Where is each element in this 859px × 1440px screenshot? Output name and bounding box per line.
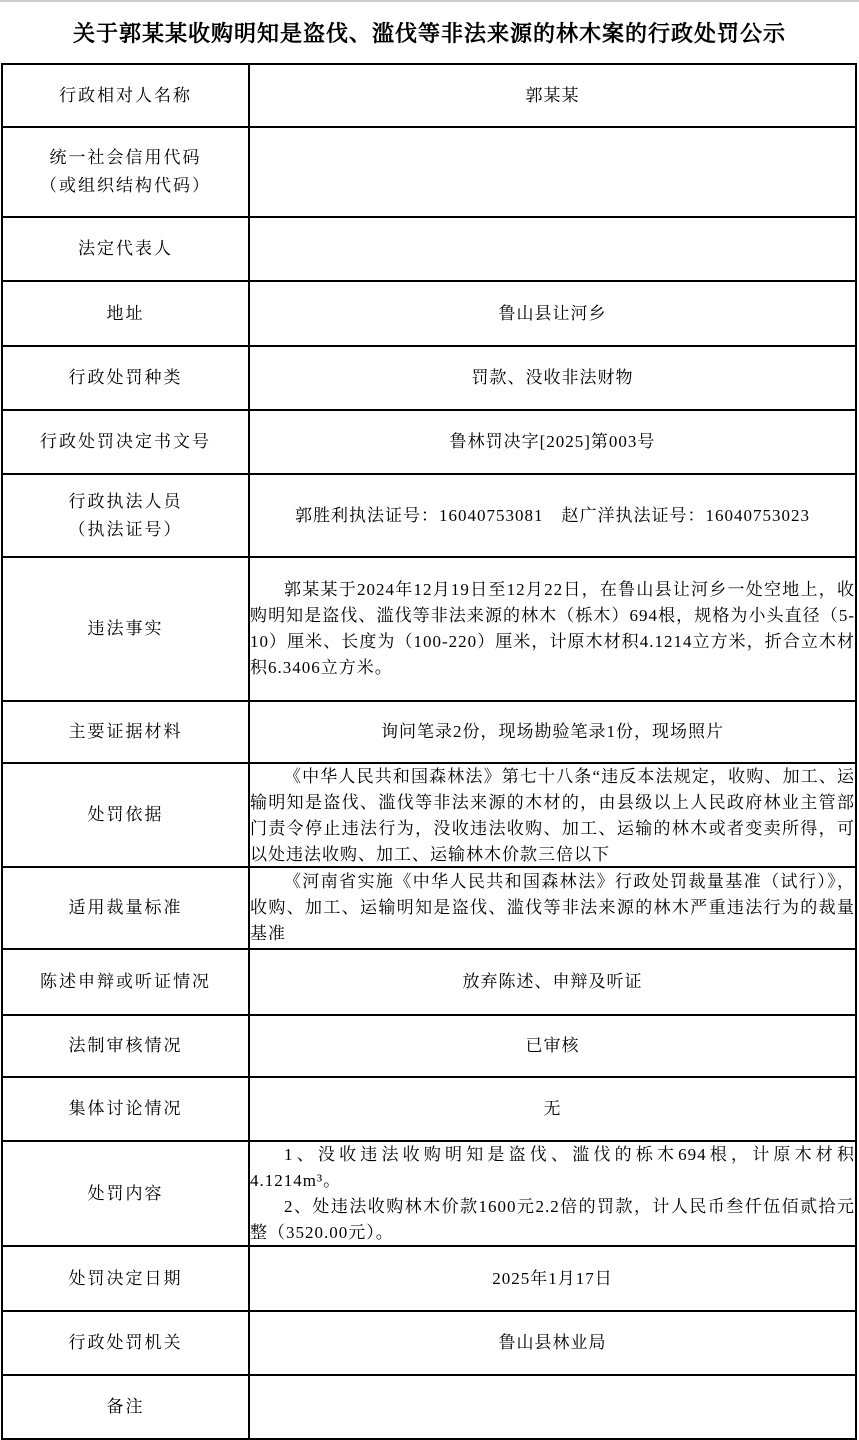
row-value-enforcement-officers: 郭胜利执法证号：16040753081 赵广洋执法证号：16040753023 [249, 474, 856, 557]
table-row-penalty-content: 处罚内容 1、没收违法收购明知是盗伐、滥伐的栎木694根，计原木材积4.1214… [2, 1141, 856, 1246]
row-value-statement-hearing: 放弃陈述、申辩及听证 [249, 949, 856, 1015]
row-value-evidence-materials: 询问笔录2份，现场勘验笔录1份，现场照片 [249, 701, 856, 763]
table-row-penalty-basis: 处罚依据 《中华人民共和国森林法》第七十八条“违反本法规定，收购、加工、运输明知… [2, 763, 856, 867]
row-label-enforcement-officers: 行政执法人员 （执法证号） [2, 474, 249, 557]
table-row-penalty-authority: 行政处罚机关 鲁山县林业局 [2, 1311, 856, 1375]
row-label-decision-date: 处罚决定日期 [2, 1246, 249, 1311]
table-row-collective-discussion: 集体讨论情况 无 [2, 1077, 856, 1141]
table-row-credit-code: 统一社会信用代码 （或组织结构代码） [2, 127, 856, 217]
page-title: 关于郭某某收购明知是盗伐、滥伐等非法来源的林木案的行政处罚公示 [0, 2, 859, 63]
row-label-statement-hearing: 陈述申辩或听证情况 [2, 949, 249, 1015]
table-row-legal-review: 法制审核情况 已审核 [2, 1015, 856, 1077]
table-row-legal-representative: 法定代表人 [2, 217, 856, 281]
table-row-penalty-type: 行政处罚种类 罚款、没收非法财物 [2, 346, 856, 410]
row-value-legal-representative [249, 217, 856, 281]
table-row-enforcement-officers: 行政执法人员 （执法证号） 郭胜利执法证号：16040753081 赵广洋执法证… [2, 474, 856, 557]
row-value-credit-code [249, 127, 856, 217]
table-row-address: 地址 鲁山县让河乡 [2, 281, 856, 346]
row-label-penalty-basis: 处罚依据 [2, 763, 249, 867]
penalty-content-item-1: 1、没收违法收购明知是盗伐、滥伐的栎木694根，计原木材积4.1214m³。 [250, 1142, 855, 1194]
row-value-decision-date: 2025年1月17日 [249, 1246, 856, 1311]
row-value-penalty-basis: 《中华人民共和国森林法》第七十八条“违反本法规定，收购、加工、运输明知是盗伐、滥… [249, 763, 856, 867]
row-label-evidence-materials: 主要证据材料 [2, 701, 249, 763]
row-value-remarks [249, 1375, 856, 1439]
table-row-illegal-facts: 违法事实 郭某某于2024年12月19日至12月22日，在鲁山县让河乡一处空地上… [2, 557, 856, 701]
table-row-respondent-name: 行政相对人名称 郭某某 [2, 64, 856, 127]
row-label-penalty-type: 行政处罚种类 [2, 346, 249, 410]
row-label-respondent-name: 行政相对人名称 [2, 64, 249, 127]
row-label-credit-code: 统一社会信用代码 （或组织结构代码） [2, 127, 249, 217]
row-label-address: 地址 [2, 281, 249, 346]
table-row-statement-hearing: 陈述申辩或听证情况 放弃陈述、申辩及听证 [2, 949, 856, 1015]
row-label-collective-discussion: 集体讨论情况 [2, 1077, 249, 1141]
row-value-discretion-standard: 《河南省实施《中华人民共和国森林法》行政处罚裁量基准（试行）》，收购、加工、运输… [249, 867, 856, 949]
table-row-decision-doc-number: 行政处罚决定书文号 鲁林罚决字[2025]第003号 [2, 410, 856, 474]
discretion-standard-text: 《河南省实施《中华人民共和国森林法》行政处罚裁量基准（试行）》，收购、加工、运输… [250, 869, 855, 947]
row-label-legal-representative: 法定代表人 [2, 217, 249, 281]
row-value-decision-doc-number: 鲁林罚决字[2025]第003号 [249, 410, 856, 474]
row-value-penalty-content: 1、没收违法收购明知是盗伐、滥伐的栎木694根，计原木材积4.1214m³。 2… [249, 1141, 856, 1246]
table-row-evidence-materials: 主要证据材料 询问笔录2份，现场勘验笔录1份，现场照片 [2, 701, 856, 763]
penalty-table: 行政相对人名称 郭某某 统一社会信用代码 （或组织结构代码） 法定代表人 地址 … [1, 63, 857, 1440]
penalty-basis-text: 《中华人民共和国森林法》第七十八条“违反本法规定，收购、加工、运输明知是盗伐、滥… [250, 764, 855, 866]
row-value-respondent-name: 郭某某 [249, 64, 856, 127]
row-label-remarks: 备注 [2, 1375, 249, 1439]
row-label-legal-review: 法制审核情况 [2, 1015, 249, 1077]
row-value-penalty-type: 罚款、没收非法财物 [249, 346, 856, 410]
table-row-discretion-standard: 适用裁量标准 《河南省实施《中华人民共和国森林法》行政处罚裁量基准（试行）》，收… [2, 867, 856, 949]
row-value-address: 鲁山县让河乡 [249, 281, 856, 346]
table-row-decision-date: 处罚决定日期 2025年1月17日 [2, 1246, 856, 1311]
row-label-decision-doc-number: 行政处罚决定书文号 [2, 410, 249, 474]
row-label-illegal-facts: 违法事实 [2, 557, 249, 701]
row-label-discretion-standard: 适用裁量标准 [2, 867, 249, 949]
page: 关于郭某某收购明知是盗伐、滥伐等非法来源的林木案的行政处罚公示 行政相对人名称 … [0, 0, 859, 1440]
penalty-content-item-2: 2、处违法收购林木价款1600元2.2倍的罚款，计人民币叁仟伍佰贰拾元整（352… [250, 1194, 855, 1245]
table-row-remarks: 备注 [2, 1375, 856, 1439]
row-label-penalty-authority: 行政处罚机关 [2, 1311, 249, 1375]
row-value-collective-discussion: 无 [249, 1077, 856, 1141]
illegal-facts-text: 郭某某于2024年12月19日至12月22日，在鲁山县让河乡一处空地上，收购明知… [250, 577, 855, 681]
row-value-legal-review: 已审核 [249, 1015, 856, 1077]
row-label-penalty-content: 处罚内容 [2, 1141, 249, 1246]
row-value-penalty-authority: 鲁山县林业局 [249, 1311, 856, 1375]
row-value-illegal-facts: 郭某某于2024年12月19日至12月22日，在鲁山县让河乡一处空地上，收购明知… [249, 557, 856, 701]
